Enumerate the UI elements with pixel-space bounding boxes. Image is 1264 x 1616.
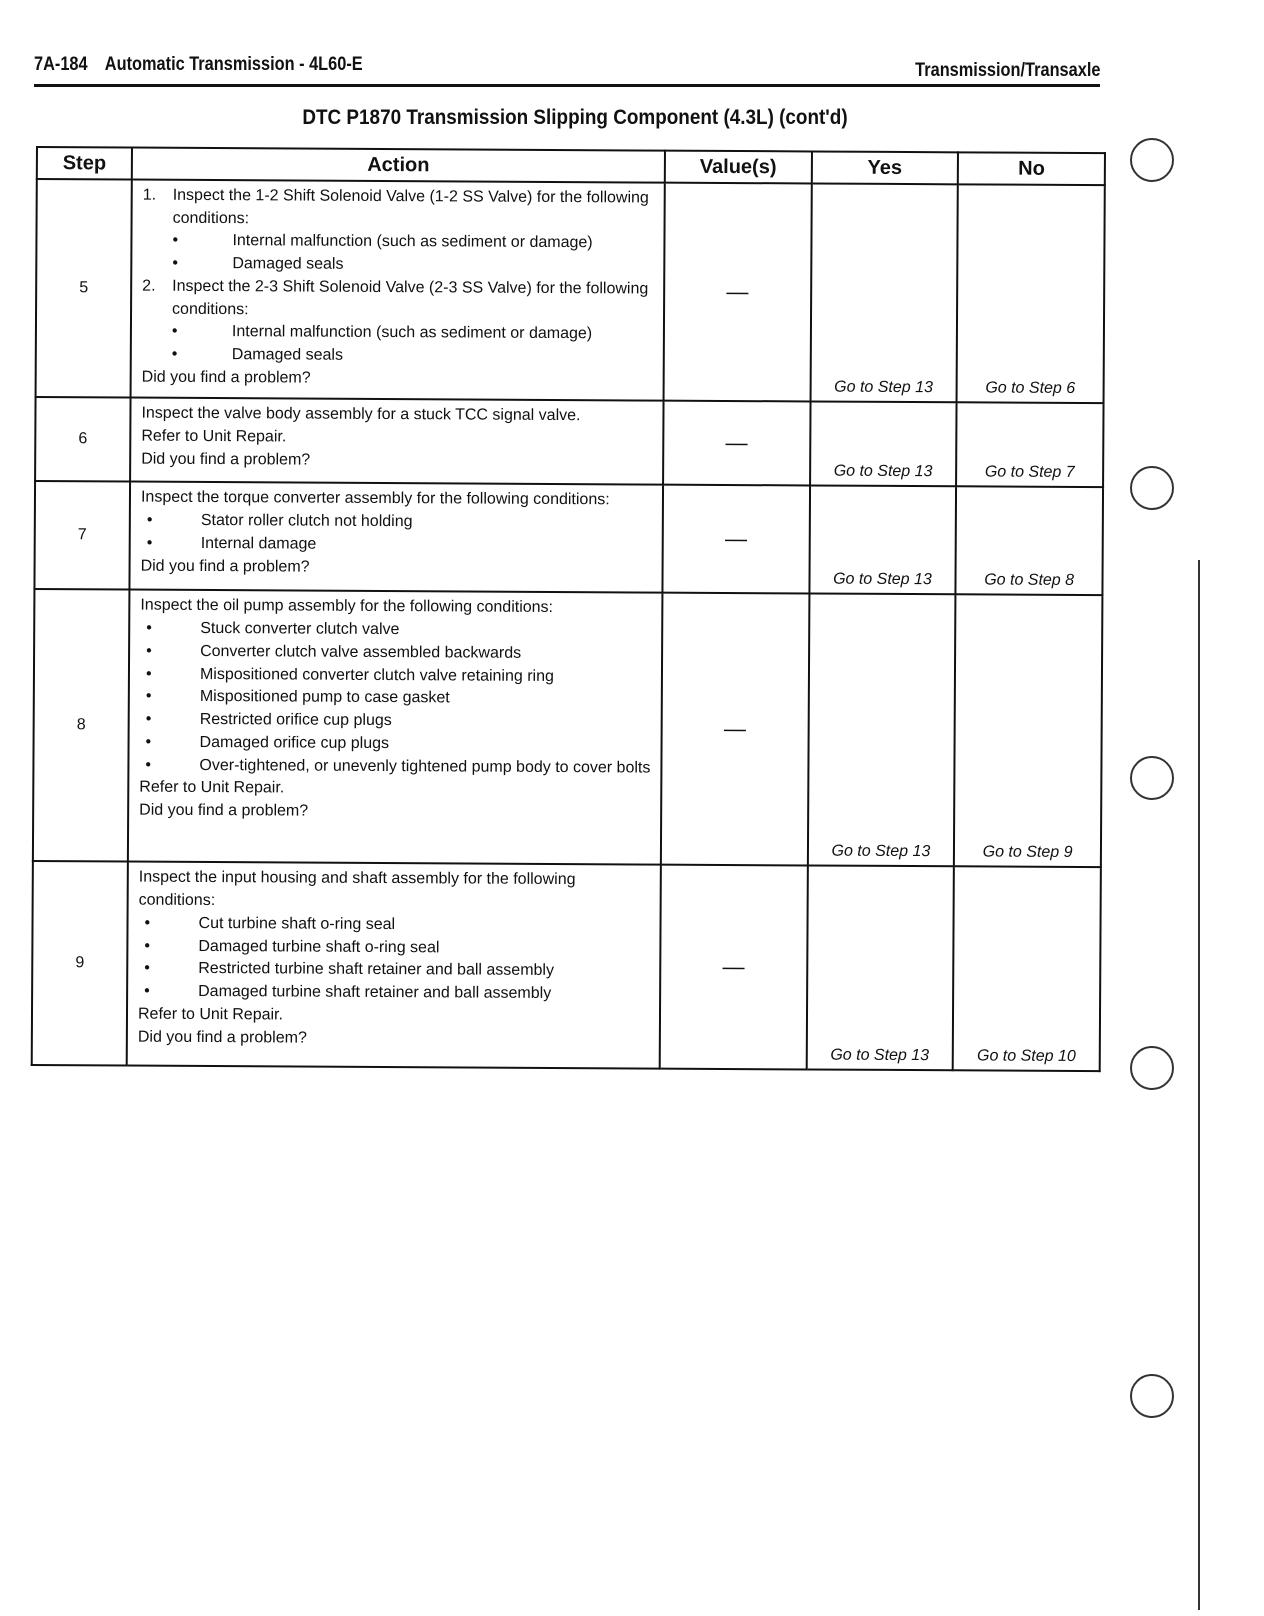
question-text: Did you find a problem? bbox=[141, 555, 656, 581]
no-outcome: Go to Step 9 bbox=[954, 595, 1102, 868]
bullet-list: Internal malfunction (such as sediment o… bbox=[142, 321, 657, 369]
action-cell: Inspect the valve body assembly for a st… bbox=[130, 398, 663, 485]
action-cell: Inspect the oil pump assembly for the fo… bbox=[128, 590, 663, 865]
page-number: 7A-184 bbox=[34, 54, 88, 75]
bullet-item: Over-tightened, or unevenly tightened pu… bbox=[139, 754, 654, 780]
bullet-item: Restricted turbine shaft retainer and ba… bbox=[138, 958, 653, 984]
bullet-list: Internal malfunction (such as sediment o… bbox=[142, 230, 657, 278]
item-text: Inspect the 1-2 Shift Solenoid Valve (1-… bbox=[173, 185, 658, 233]
column-header-values: Value(s) bbox=[665, 151, 812, 184]
bullet-item: Internal malfunction (such as sediment o… bbox=[172, 321, 657, 347]
value-cell: — bbox=[664, 183, 812, 402]
action-cell: Inspect the input housing and shaft asse… bbox=[127, 862, 661, 1069]
bullet-item: Mispositioned converter clutch valve ret… bbox=[140, 663, 655, 689]
bullet-item: Stuck converter clutch valve bbox=[140, 618, 655, 644]
bullet-item: Restricted orifice cup plugs bbox=[140, 709, 655, 735]
question-text: Did you find a problem? bbox=[141, 449, 656, 475]
page-title: DTC P1870 Transmission Slipping Componen… bbox=[58, 106, 1093, 130]
step-number: 8 bbox=[33, 589, 130, 862]
diagnostic-table: Step Action Value(s) Yes No 5 1. Inspect… bbox=[31, 146, 1106, 1073]
step-number: 7 bbox=[34, 481, 130, 590]
bullet-item: Damaged orifice cup plugs bbox=[140, 731, 655, 757]
column-header-yes: Yes bbox=[811, 151, 958, 184]
action-intro: Inspect the valve body assembly for a st… bbox=[141, 403, 656, 429]
value-cell: — bbox=[660, 865, 808, 1070]
action-cell: Inspect the torque converter assembly fo… bbox=[129, 482, 663, 593]
binder-hole-icon bbox=[1130, 466, 1174, 510]
no-outcome: Go to Step 7 bbox=[956, 403, 1103, 488]
page-header: 7A-184Automatic Transmission - 4L60-E Tr… bbox=[34, 50, 1100, 87]
item-number: 1. bbox=[143, 185, 156, 208]
numbered-item: 1. Inspect the 1-2 Shift Solenoid Valve … bbox=[143, 185, 658, 233]
header-left: 7A-184Automatic Transmission - 4L60-E bbox=[34, 54, 363, 76]
table-row: 8 Inspect the oil pump assembly for the … bbox=[33, 589, 1103, 867]
yes-outcome: Go to Step 13 bbox=[807, 594, 955, 867]
binder-hole-icon bbox=[1130, 756, 1174, 800]
step-number: 9 bbox=[32, 861, 128, 1066]
bullet-item: Damaged turbine shaft retainer and ball … bbox=[138, 981, 653, 1007]
action-intro: Inspect the torque converter assembly fo… bbox=[141, 487, 656, 513]
value-cell: — bbox=[663, 401, 810, 486]
action-intro: Inspect the oil pump assembly for the fo… bbox=[140, 595, 655, 621]
column-header-no: No bbox=[958, 152, 1105, 185]
binder-hole-icon bbox=[1130, 1046, 1174, 1090]
yes-outcome: Go to Step 13 bbox=[810, 402, 957, 487]
table-row: 7 Inspect the torque converter assembly … bbox=[34, 481, 1103, 595]
no-outcome: Go to Step 8 bbox=[956, 487, 1103, 596]
question-text: Did you find a problem? bbox=[138, 1026, 653, 1052]
step-number: 5 bbox=[36, 179, 132, 398]
table-row: 9 Inspect the input housing and shaft as… bbox=[32, 861, 1101, 1071]
value-cell: — bbox=[661, 593, 809, 866]
bullet-item: Cut turbine shaft o-ring seal bbox=[138, 913, 653, 939]
bullet-item: Mispositioned pump to case gasket bbox=[140, 686, 655, 712]
numbered-item: 2. Inspect the 2-3 Shift Solenoid Valve … bbox=[142, 275, 657, 323]
question-text: Did you find a problem? bbox=[142, 366, 657, 392]
question-text: Did you find a problem? bbox=[139, 800, 654, 826]
bullet-item: Damaged seals bbox=[172, 253, 657, 279]
bullet-item: Damaged turbine shaft o-ring seal bbox=[138, 935, 653, 961]
step-number: 6 bbox=[35, 397, 130, 482]
value-cell: — bbox=[662, 485, 809, 594]
bullet-item: Stator roller clutch not holding bbox=[141, 510, 656, 536]
column-header-step: Step bbox=[37, 147, 132, 180]
table-row: 6 Inspect the valve body assembly for a … bbox=[35, 397, 1103, 487]
action-intro: Inspect the input housing and shaft asse… bbox=[139, 867, 654, 915]
binder-hole-icon bbox=[1130, 138, 1174, 182]
bullet-item: Internal damage bbox=[141, 533, 656, 559]
no-outcome: Go to Step 6 bbox=[957, 184, 1105, 403]
bullet-item: Damaged seals bbox=[172, 344, 657, 370]
column-header-action: Action bbox=[132, 148, 665, 183]
refer-text: Refer to Unit Repair. bbox=[141, 426, 656, 452]
refer-text: Refer to Unit Repair. bbox=[139, 777, 654, 803]
bullet-item: Converter clutch valve assembled backwar… bbox=[140, 641, 655, 667]
yes-outcome: Go to Step 13 bbox=[809, 486, 956, 595]
section-title: Automatic Transmission - 4L60-E bbox=[105, 54, 363, 75]
item-text: Inspect the 2-3 Shift Solenoid Valve (2-… bbox=[172, 276, 657, 324]
table-row: 5 1. Inspect the 1-2 Shift Solenoid Valv… bbox=[36, 179, 1105, 404]
action-cell: 1. Inspect the 1-2 Shift Solenoid Valve … bbox=[131, 180, 665, 402]
no-outcome: Go to Step 10 bbox=[953, 867, 1101, 1072]
category-title: Transmission/Transaxle bbox=[915, 60, 1100, 82]
item-number: 2. bbox=[142, 275, 155, 298]
yes-outcome: Go to Step 13 bbox=[810, 183, 958, 402]
binder-hole-icon bbox=[1130, 1374, 1174, 1418]
refer-text: Refer to Unit Repair. bbox=[138, 1003, 653, 1029]
yes-outcome: Go to Step 13 bbox=[806, 866, 954, 1071]
page-edge-divider bbox=[1198, 560, 1200, 1610]
bullet-item: Internal malfunction (such as sediment o… bbox=[172, 230, 657, 256]
